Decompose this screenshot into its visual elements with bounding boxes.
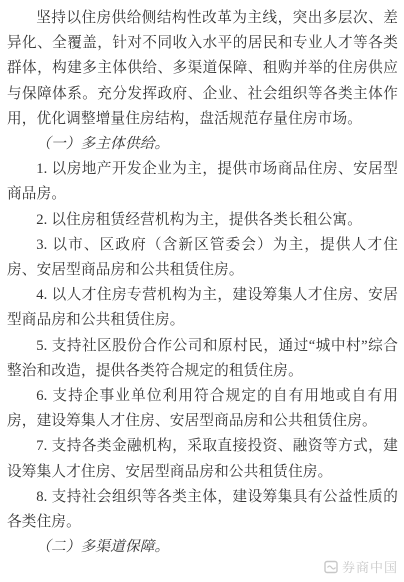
document-page: 坚持以住房供给侧结构性改革为主线，突出多层次、差异化、全覆盖，针对不同收入水平的… — [0, 0, 404, 582]
section-heading: （一）多主体供给。 — [7, 132, 398, 157]
paragraph: 4. 以人才住房专营机构为主，建设筹集人才住房、安居型商品房和公共租赁住房。 — [7, 283, 398, 333]
paragraph: 6. 支持企事业单位利用符合规定的自有用地或自有用房，建设筹集人才住房、安居型商… — [7, 384, 398, 434]
paragraph: 8. 支持社会组织等各类主体，建设筹集具有公益性质的各类住房。 — [7, 485, 398, 535]
paragraph: 坚持以住房供给侧结构性改革为主线，突出多层次、差异化、全覆盖，针对不同收入水平的… — [7, 6, 398, 132]
watermark-label: 券商中国 — [342, 557, 398, 576]
paragraph: 2. 以住房租赁经营机构为主，提供各类长租公寓。 — [7, 208, 398, 233]
paragraph: 5. 支持社区股份合作公司和原村民，通过“城中村”综合整治和改造，提供各类符合规… — [7, 334, 398, 384]
brand-logo-icon — [324, 560, 339, 574]
watermark: 券商中国 — [324, 557, 398, 576]
paragraph: 3. 以市、区政府（含新区管委会）为主，提供人才住房、安居型商品房和公共租赁住房… — [7, 233, 398, 283]
paragraph: 7. 支持各类金融机构，采取直接投资、融资等方式，建设筹集人才住房、安居型商品房… — [7, 434, 398, 484]
document-body: 坚持以住房供给侧结构性改革为主线，突出多层次、差异化、全覆盖，针对不同收入水平的… — [7, 6, 398, 560]
paragraph: 1. 以房地产开发企业为主，提供市场商品住房、安居型商品房。 — [7, 157, 398, 207]
